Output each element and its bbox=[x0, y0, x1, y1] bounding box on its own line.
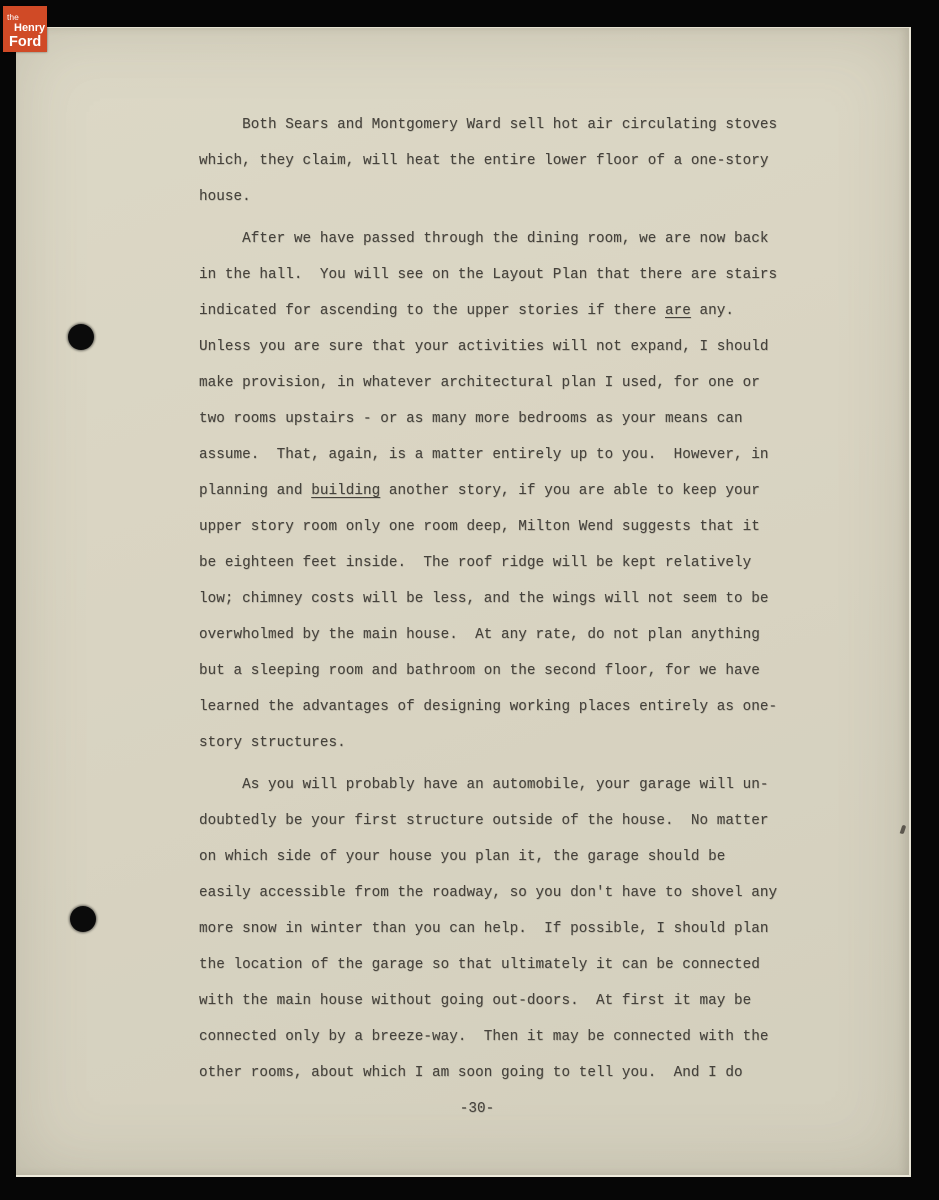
logo-word-henry: Henry bbox=[14, 23, 45, 34]
paragraph: Both Sears and Montgomery Ward sell hot … bbox=[199, 107, 777, 215]
text-line: As you will probably have an automobile,… bbox=[199, 767, 777, 803]
text-line: planning and building another story, if … bbox=[199, 473, 777, 509]
text-line: more snow in winter than you can help. I… bbox=[199, 911, 777, 947]
text-line: indicated for ascending to the upper sto… bbox=[199, 293, 777, 329]
hole-punch-bottom bbox=[70, 906, 96, 932]
logo-word-ford: Ford bbox=[9, 35, 41, 50]
text-line: overwholmed by the main house. At any ra… bbox=[199, 617, 777, 653]
text-line: the location of the garage so that ultim… bbox=[199, 947, 777, 983]
text-line: two rooms upstairs - or as many more bed… bbox=[199, 401, 777, 437]
text-line: Unless you are sure that your activities… bbox=[199, 329, 777, 365]
text-line: learned the advantages of designing work… bbox=[199, 689, 777, 725]
text-line: which, they claim, will heat the entire … bbox=[199, 143, 777, 179]
paragraph: After we have passed through the dining … bbox=[199, 221, 777, 761]
text-line: with the main house without going out-do… bbox=[199, 983, 777, 1019]
text-line: upper story room only one room deep, Mil… bbox=[199, 509, 777, 545]
paragraph: As you will probably have an automobile,… bbox=[199, 767, 777, 1091]
text-line: other rooms, about which I am soon going… bbox=[199, 1055, 777, 1091]
underlined-text: building bbox=[311, 483, 380, 499]
text-line: low; chimney costs will be less, and the… bbox=[199, 581, 777, 617]
text-line: Both Sears and Montgomery Ward sell hot … bbox=[199, 107, 777, 143]
underlined-text: are bbox=[665, 303, 691, 319]
text-line: doubtedly be your first structure outsid… bbox=[199, 803, 777, 839]
hole-punch-top bbox=[68, 324, 94, 350]
text-line: easily accessible from the roadway, so y… bbox=[199, 875, 777, 911]
henry-ford-logo: the Henry Ford bbox=[3, 6, 47, 52]
text-line: be eighteen feet inside. The roof ridge … bbox=[199, 545, 777, 581]
logo-word-the: the bbox=[7, 13, 19, 22]
text-line: After we have passed through the dining … bbox=[199, 221, 777, 257]
text-line: house. bbox=[199, 179, 777, 215]
text-line: in the hall. You will see on the Layout … bbox=[199, 257, 777, 293]
page-number: -30- bbox=[199, 1091, 755, 1127]
scan-background: Both Sears and Montgomery Ward sell hot … bbox=[0, 0, 939, 1200]
text-line: assume. That, again, is a matter entirel… bbox=[199, 437, 777, 473]
text-line: on which side of your house you plan it,… bbox=[199, 839, 777, 875]
ink-mark bbox=[900, 825, 907, 835]
text-line: make provision, in whatever architectura… bbox=[199, 365, 777, 401]
document-text: Both Sears and Montgomery Ward sell hot … bbox=[199, 107, 777, 1127]
text-line: but a sleeping room and bathroom on the … bbox=[199, 653, 777, 689]
text-line: connected only by a breeze-way. Then it … bbox=[199, 1019, 777, 1055]
text-line: story structures. bbox=[199, 725, 777, 761]
